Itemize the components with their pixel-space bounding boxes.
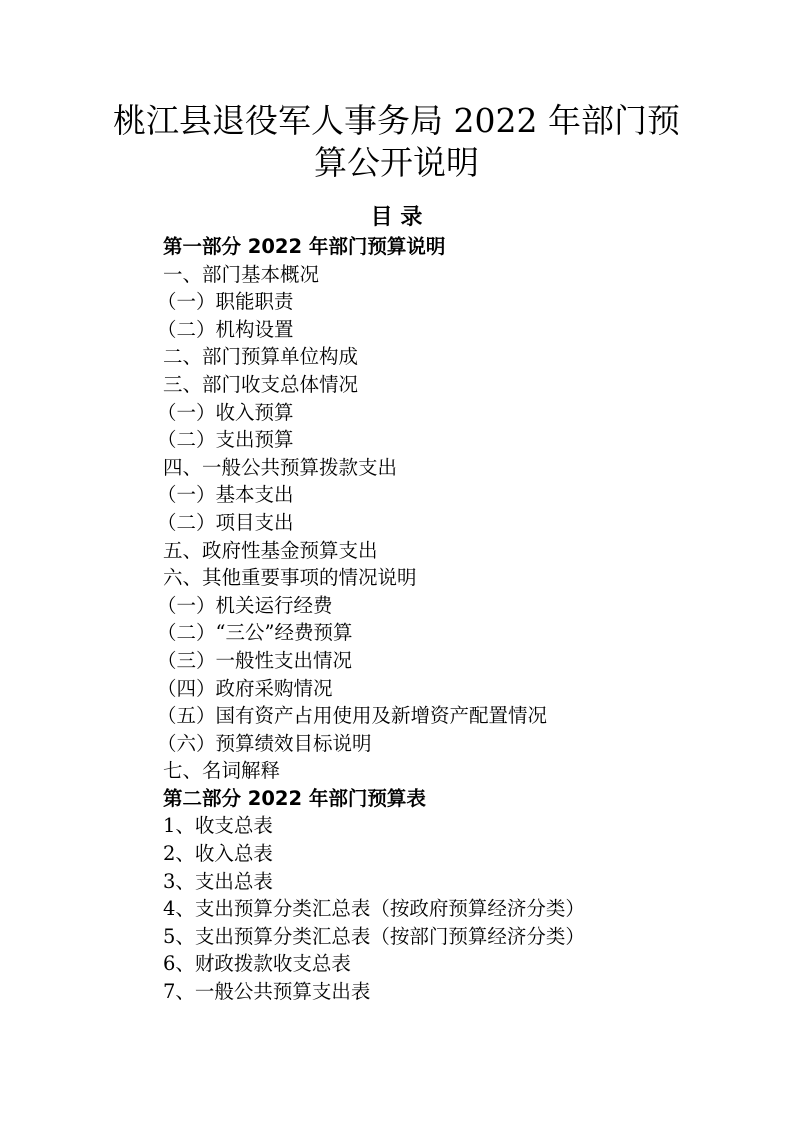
toc-table-item: 3、支出总表 (163, 868, 585, 896)
toc-section: 四、一般公共预算拨款支出 (163, 454, 585, 482)
table-of-contents: 第一部分 2022 年部门预算说明 一、部门基本概况 （一）职能职责 （二）机构… (163, 233, 585, 1006)
toc-subsection: （二）支出预算 (157, 426, 585, 454)
toc-table-item: 5、支出预算分类汇总表（按部门预算经济分类） (163, 923, 585, 951)
toc-section: 七、名词解释 (163, 757, 585, 785)
toc-subsection: （六）预算绩效目标说明 (157, 730, 585, 758)
toc-part: 第一部分 2022 年部门预算说明 (163, 233, 585, 261)
document-title-line-1: 桃江县退役军人事务局 2022 年部门预 (0, 98, 793, 144)
toc-section: 一、部门基本概况 (163, 261, 585, 289)
toc-table-item: 1、收支总表 (163, 812, 585, 840)
toc-heading: 目 录 (0, 200, 793, 231)
toc-table-item: 7、一般公共预算支出表 (163, 978, 585, 1006)
toc-subsection: （三）一般性支出情况 (157, 647, 585, 675)
toc-subsection: （一）职能职责 (157, 288, 585, 316)
toc-subsection: （五）国有资产占用使用及新增资产配置情况 (157, 702, 585, 730)
toc-table-item: 4、支出预算分类汇总表（按政府预算经济分类） (163, 895, 585, 923)
document-title-line-2: 算公开说明 (0, 140, 793, 186)
toc-subsection: （一）基本支出 (157, 481, 585, 509)
toc-subsection: （四）政府采购情况 (157, 675, 585, 703)
toc-table-item: 2、收入总表 (163, 840, 585, 868)
toc-table-item: 6、财政拨款收支总表 (163, 950, 585, 978)
toc-subsection: （二）机构设置 (157, 316, 585, 344)
toc-section: 三、部门收支总体情况 (163, 371, 585, 399)
toc-subsection: （一）机关运行经费 (157, 592, 585, 620)
toc-section: 五、政府性基金预算支出 (163, 537, 585, 565)
toc-section: 六、其他重要事项的情况说明 (163, 564, 585, 592)
toc-subsection: （二）项目支出 (157, 509, 585, 537)
toc-section: 二、部门预算单位构成 (163, 343, 585, 371)
toc-part: 第二部分 2022 年部门预算表 (163, 785, 585, 813)
toc-subsection: （一）收入预算 (157, 399, 585, 427)
toc-subsection: （二）“三公”经费预算 (157, 619, 585, 647)
